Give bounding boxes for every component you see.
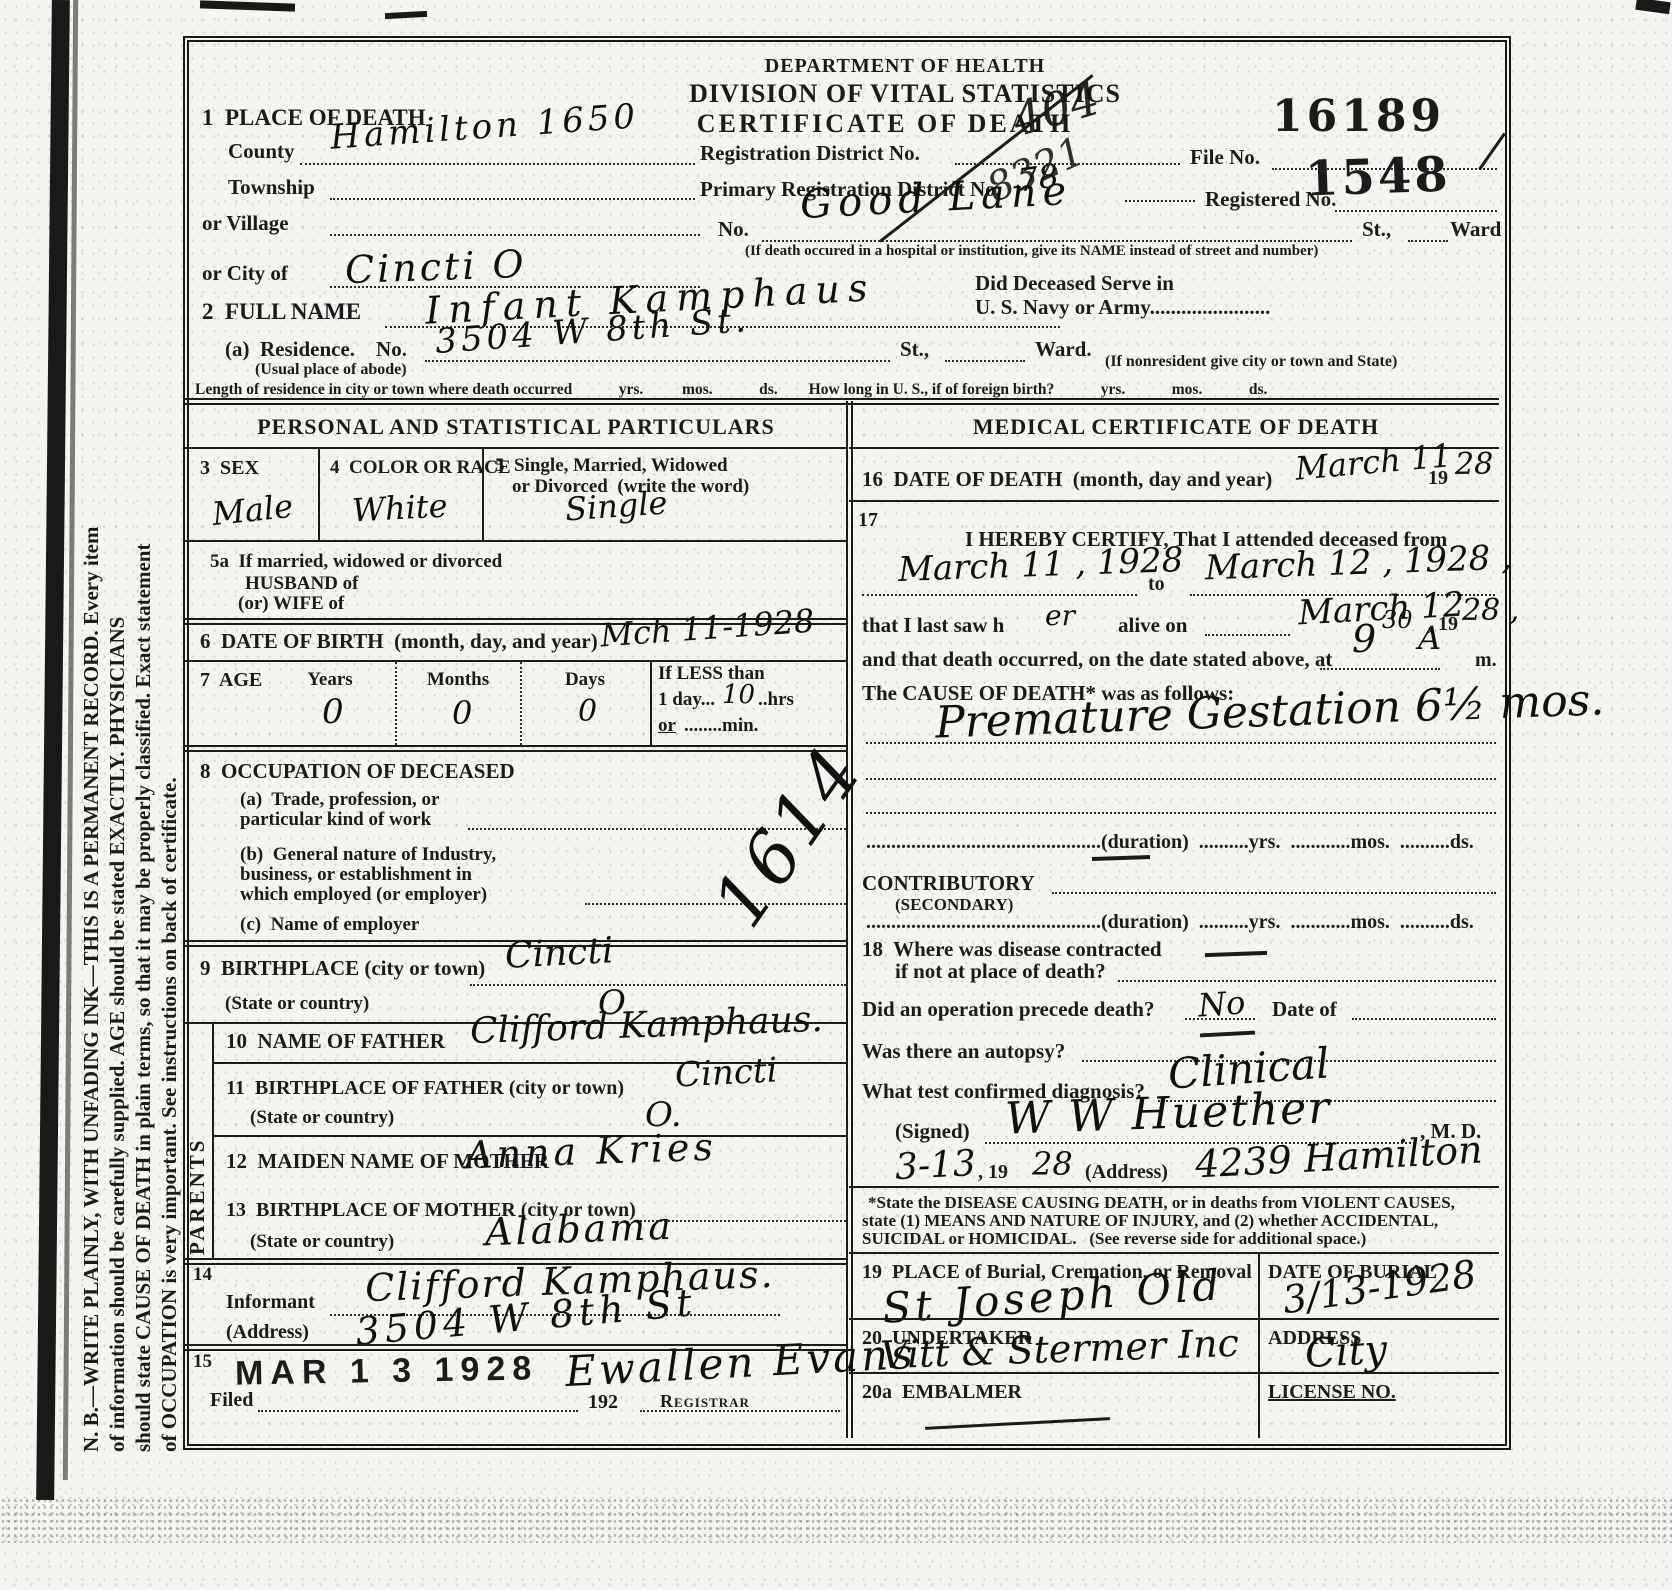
mother-value: Anna Kries bbox=[464, 1128, 717, 1175]
parents-vertical-label: PARENTS bbox=[186, 1040, 208, 1255]
registered-number-label: Registered No. bbox=[1205, 188, 1336, 210]
residence-label: (a) Residence. No. bbox=[225, 338, 407, 360]
age-months-label: Months bbox=[427, 670, 489, 690]
dotted-line bbox=[330, 198, 695, 200]
dotted-line bbox=[1320, 668, 1440, 670]
rule bbox=[849, 1372, 1499, 1374]
file-number-label: File No. bbox=[1190, 146, 1260, 168]
duration-line-1: ........................................… bbox=[866, 832, 1474, 853]
informant-label: Informant bbox=[226, 1292, 315, 1313]
operation-date-label: Date of bbox=[1272, 998, 1337, 1020]
license-label: LICENSE NO. bbox=[1268, 1382, 1396, 1403]
dotted-line bbox=[1408, 240, 1448, 242]
residence-length-line: Length of residence in city or town wher… bbox=[195, 382, 1267, 398]
scan-mark-top-right bbox=[1635, 0, 1670, 14]
full-name-label: 2 FULL NAME bbox=[202, 300, 361, 324]
rule bbox=[849, 500, 1499, 502]
dotted-line bbox=[762, 240, 1352, 242]
operation-label: Did an operation precede death? bbox=[862, 998, 1154, 1020]
scan-mark-top-1 bbox=[200, 0, 295, 11]
death-time-ampm: A bbox=[1418, 622, 1441, 654]
alive-on-label: alive on bbox=[1118, 614, 1187, 636]
date-of-death-year-prefix: 19 bbox=[1428, 468, 1448, 489]
father-label: 10 NAME OF FATHER bbox=[226, 1030, 445, 1052]
age-days-value: 0 bbox=[578, 697, 597, 727]
q5a-line2: HUSBAND of bbox=[245, 574, 358, 594]
rule bbox=[185, 447, 846, 449]
dotted-line bbox=[1352, 1018, 1496, 1020]
occupation-b-line3: which employed (or employer) bbox=[240, 885, 487, 905]
rule bbox=[849, 1318, 1499, 1320]
personal-title: PERSONAL AND STATISTICAL PARTICULARS bbox=[257, 415, 775, 438]
dotted-line bbox=[300, 163, 695, 165]
village-label: or Village bbox=[202, 212, 289, 234]
occupation-b-line2: business, or establishment in bbox=[240, 865, 472, 885]
hospital-note: (If death occured in a hospital or insti… bbox=[745, 244, 1318, 260]
scan-noise-band bbox=[0, 1497, 1672, 1543]
date-of-death-year: 28 bbox=[1455, 450, 1493, 480]
margin-instructions: N. B.—WRITE PLAINLY, WITH UNFADING INK—T… bbox=[78, 60, 184, 1452]
q17-number: 17 bbox=[858, 510, 878, 531]
contributory-label: CONTRIBUTORY bbox=[862, 872, 1035, 894]
informant-number: 14 bbox=[193, 1265, 212, 1285]
township-label: Township bbox=[228, 176, 315, 198]
q18-line1: 18 Where was disease contracted bbox=[862, 938, 1162, 960]
signed-year-prefix: , 19 bbox=[978, 1162, 1008, 1183]
cell-divider bbox=[482, 447, 484, 540]
margin-line-4: of OCCUPATION is very important. See ins… bbox=[156, 60, 182, 1452]
death-time-hour: 9 bbox=[1352, 620, 1376, 658]
residence-st-label: St., bbox=[900, 338, 929, 360]
attended-to-value: March 12 , 1928 , bbox=[1205, 541, 1513, 586]
age-days-label: Days bbox=[565, 670, 605, 690]
rule bbox=[849, 1186, 1499, 1188]
dotted-line bbox=[258, 1410, 578, 1412]
column-divider bbox=[846, 401, 853, 1438]
abode-note: (Usual place of abode) bbox=[255, 362, 407, 379]
last-saw-er: er bbox=[1045, 602, 1075, 630]
occupation-b-line1: (b) General nature of Industry, bbox=[240, 845, 496, 865]
county-label: County bbox=[228, 140, 295, 162]
age-years-value: 0 bbox=[322, 695, 344, 729]
age-min-label: ........min. bbox=[684, 716, 758, 736]
city-label: or City of bbox=[202, 262, 288, 284]
dotted-line bbox=[866, 812, 1496, 814]
operation-value: No bbox=[1197, 986, 1246, 1021]
medical-title: MEDICAL CERTIFICATE OF DEATH bbox=[973, 415, 1379, 438]
birthplace-value: Cincti bbox=[504, 933, 614, 975]
dotted-line bbox=[1125, 200, 1195, 202]
city-value: Cincti O bbox=[344, 245, 527, 289]
occupation-c-label: (c) Name of employer bbox=[240, 915, 419, 935]
sex-value: Male bbox=[211, 490, 295, 530]
dotted-line bbox=[862, 594, 1137, 596]
q5a-line3: (or) WIFE of bbox=[238, 594, 344, 614]
mother-birthplace-value: Alabama bbox=[484, 1207, 674, 1252]
informant-address-label: (Address) bbox=[226, 1322, 309, 1343]
cell-divider bbox=[650, 662, 652, 745]
nonresident-note: (If nonresident give city or town and St… bbox=[1105, 354, 1397, 371]
margin-line-3: should state CAUSE OF DEATH in plain ter… bbox=[130, 60, 156, 1452]
burial-cell-divider bbox=[1258, 1252, 1260, 1438]
dotted-line bbox=[866, 742, 1496, 744]
filed-date-stamp: MAR 1 3 1928 bbox=[235, 1349, 539, 1393]
attended-from-value: March 11 , 1928 bbox=[897, 543, 1183, 587]
dotted-line bbox=[425, 360, 890, 362]
dotted-line bbox=[955, 163, 1180, 165]
street-ward-label: Ward bbox=[1450, 218, 1501, 240]
section-rule bbox=[185, 745, 846, 752]
dotted-line bbox=[1205, 634, 1290, 636]
street-st-label: St., bbox=[1362, 218, 1391, 240]
navy-service-line1: Did Deceased Serve in bbox=[975, 272, 1174, 294]
q18-line2: if not at place of death? bbox=[895, 960, 1106, 982]
occupation-title: 8 OCCUPATION OF DECEASED bbox=[200, 760, 515, 782]
rule bbox=[185, 660, 846, 662]
birthplace-state-label: (State or country) bbox=[225, 994, 369, 1014]
death-occurred-label: and that death occurred, on the date sta… bbox=[862, 648, 1332, 670]
marital-label-1: 5 Single, Married, Widowed bbox=[495, 456, 728, 476]
occupation-a-line1: (a) Trade, profession, or bbox=[240, 790, 440, 810]
age-hrs-label: ..hrs bbox=[758, 690, 794, 710]
age-months-value: 0 bbox=[452, 697, 472, 729]
footnote-line3: SUICIDAL or HOMICIDAL. (See reverse side… bbox=[862, 1230, 1366, 1248]
rule bbox=[849, 1252, 1499, 1254]
registrar-label: Registrar bbox=[660, 1392, 750, 1411]
dotted-line bbox=[1335, 210, 1497, 212]
age-years-label: Years bbox=[307, 670, 352, 690]
dotted-line bbox=[470, 984, 846, 986]
dotted-line bbox=[1052, 892, 1496, 894]
death-certificate-scan: N. B.—WRITE PLAINLY, WITH UNFADING INK—T… bbox=[0, 0, 1672, 1590]
death-time-min: 30 bbox=[1382, 608, 1413, 632]
filed-year-label: 192 bbox=[588, 1392, 618, 1413]
age-hrs-value: 10 bbox=[722, 682, 755, 708]
header-department: DEPARTMENT OF HEALTH bbox=[765, 56, 1045, 77]
cell-divider-dotted bbox=[520, 662, 522, 745]
age-or-label: or bbox=[658, 716, 676, 736]
occupation-a-line2: particular kind of work bbox=[240, 810, 431, 830]
dotted-line bbox=[945, 360, 1025, 362]
signed-label: (Signed) bbox=[895, 1120, 970, 1142]
marital-value: Single bbox=[564, 486, 668, 525]
embalmer-label: 20a EMBALMER bbox=[862, 1382, 1022, 1403]
footnote-line2: state (1) MEANS AND NATURE OF INJURY, an… bbox=[862, 1212, 1438, 1230]
footnote-line1: *State the DISEASE CAUSING DEATH, or in … bbox=[868, 1194, 1455, 1212]
father-birthplace-value: Cincti bbox=[674, 1053, 778, 1092]
scan-mark-top-2 bbox=[385, 11, 427, 19]
cell-divider-dotted bbox=[395, 662, 397, 745]
filed-number: 15 bbox=[193, 1352, 212, 1372]
cell-divider bbox=[318, 447, 320, 540]
street-no-label: No. bbox=[718, 218, 749, 240]
navy-service-line2: U. S. Navy or Army......................… bbox=[975, 296, 1270, 318]
margin-line-1: N. B.—WRITE PLAINLY, WITH UNFADING INK—T… bbox=[78, 60, 104, 1452]
father-birthplace-label: 11 BIRTHPLACE OF FATHER (city or town) bbox=[226, 1078, 624, 1099]
father-birthplace-state-label: (State or country) bbox=[250, 1108, 394, 1128]
signed-year-value: 28 bbox=[1032, 1148, 1073, 1180]
date-of-death-label: 16 DATE OF DEATH (month, day and year) bbox=[862, 468, 1272, 490]
attended-to-label: to bbox=[1148, 574, 1165, 595]
race-value: White bbox=[351, 490, 448, 527]
age-less-label-2: 1 day... bbox=[658, 690, 715, 710]
file-number: 16189 bbox=[1272, 94, 1445, 140]
undertaker-address-value: City bbox=[1304, 1330, 1388, 1374]
section-rule bbox=[185, 398, 1499, 405]
dotted-line bbox=[866, 778, 1496, 780]
duration-line-2: ........................................… bbox=[866, 912, 1474, 933]
dob-label: 6 DATE OF BIRTH (month, day, and year) bbox=[200, 630, 598, 652]
age-label: 7 AGE bbox=[200, 670, 262, 691]
signed-value: W W Huether bbox=[1004, 1086, 1332, 1141]
rule bbox=[185, 540, 846, 542]
margin-line-2: of information should be carefully suppl… bbox=[104, 60, 130, 1452]
filed-label: Filed bbox=[210, 1390, 253, 1411]
signed-address-label: (Address) bbox=[1085, 1162, 1168, 1183]
signed-date-value: 3-13 bbox=[894, 1146, 977, 1186]
residence-ward-label: Ward. bbox=[1035, 338, 1092, 360]
mother-birthplace-state-label: (State or country) bbox=[250, 1232, 394, 1252]
autopsy-label: Was there an autopsy? bbox=[862, 1040, 1065, 1062]
last-saw-label: that I last saw h bbox=[862, 614, 1004, 636]
alive-year-value: 28 , bbox=[1462, 596, 1519, 626]
parents-divider bbox=[212, 1022, 214, 1258]
birthplace-label: 9 BIRTHPLACE (city or town) bbox=[200, 957, 485, 979]
registration-district-label: Registration District No. bbox=[700, 142, 920, 164]
dotted-line bbox=[1118, 980, 1496, 982]
q5a-line1: 5a If married, widowed or divorced bbox=[210, 552, 502, 572]
sex-label: 3 SEX bbox=[200, 458, 259, 479]
death-time-m-label: m. bbox=[1475, 650, 1497, 671]
dotted-line bbox=[330, 234, 700, 236]
